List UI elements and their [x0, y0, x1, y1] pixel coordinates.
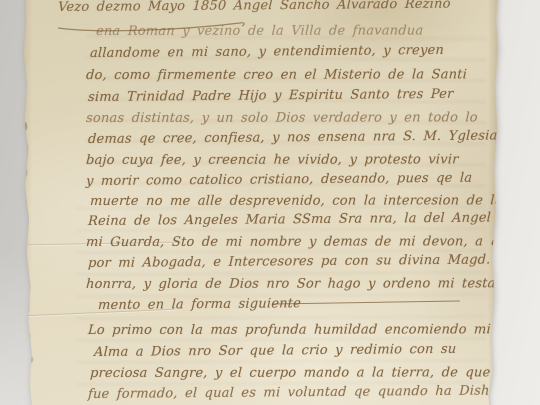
photo-background: Vezo dezmo Mayo 1850 Angel Sancho Alvara…: [0, 0, 540, 405]
ink-stain: [26, 332, 30, 341]
manuscript-line: honrra, y gloria de Dios nro Sor hago y …: [86, 276, 496, 292]
manuscript-line: Vezo dezmo Mayo 1850 Angel Sancho Alvara…: [58, 0, 451, 15]
manuscript-line: ena Roman y vezino de la Villa de fnavan…: [96, 23, 424, 39]
paper-shadow: Vezo dezmo Mayo 1850 Angel Sancho Alvara…: [0, 0, 540, 405]
ink-stain: [25, 282, 30, 290]
manuscript-line: preciosa Sangre, y el cuerpo mando a la …: [90, 365, 491, 381]
manuscript-line: fue formado, el qual es mi voluntad qe q…: [88, 383, 507, 402]
manuscript-line: allandome en mi sano, y entendimiento, y…: [90, 43, 445, 61]
manuscript-line: bajo cuya fee, y creencia he vivido, y p…: [86, 152, 459, 168]
manuscript-line: Lo primo con la mas profunda humildad en…: [88, 322, 492, 338]
manuscript-line: muerte no me alle desprevenido, con la i…: [90, 193, 503, 209]
manuscript-line: sima Trinidad Padre Hijo y Espiritu Sant…: [88, 87, 454, 105]
manuscript-line: y morir como catolico cristiano, deseand…: [86, 171, 473, 189]
manuscript-line: demas qe cree, confiesa, y nos ensena nr…: [88, 128, 502, 147]
manuscript-line: mento en la forma siguiente: [98, 296, 302, 313]
ink-stain: [23, 300, 29, 314]
manuscript-line: sonas distintas, y un solo Dios verdader…: [86, 110, 479, 126]
manuscript-line: Alma a Dios nro Sor que la crio y redimi…: [94, 342, 457, 360]
manuscript-line: do, como firmemente creo en el Misterio …: [86, 67, 468, 83]
manuscript-text: Vezo dezmo Mayo 1850 Angel Sancho Alvara…: [16, 0, 500, 405]
manuscript-line: Reina de los Angeles Maria SSma Sra nra,…: [88, 210, 515, 229]
manuscript-line: mi Guarda, Sto de mi nombre y demas de m…: [86, 234, 540, 250]
manuscript-page: Vezo dezmo Mayo 1850 Angel Sancho Alvara…: [16, 0, 500, 405]
manuscript-line: por mi Abogada, e Intercesores pa con su…: [88, 252, 507, 271]
